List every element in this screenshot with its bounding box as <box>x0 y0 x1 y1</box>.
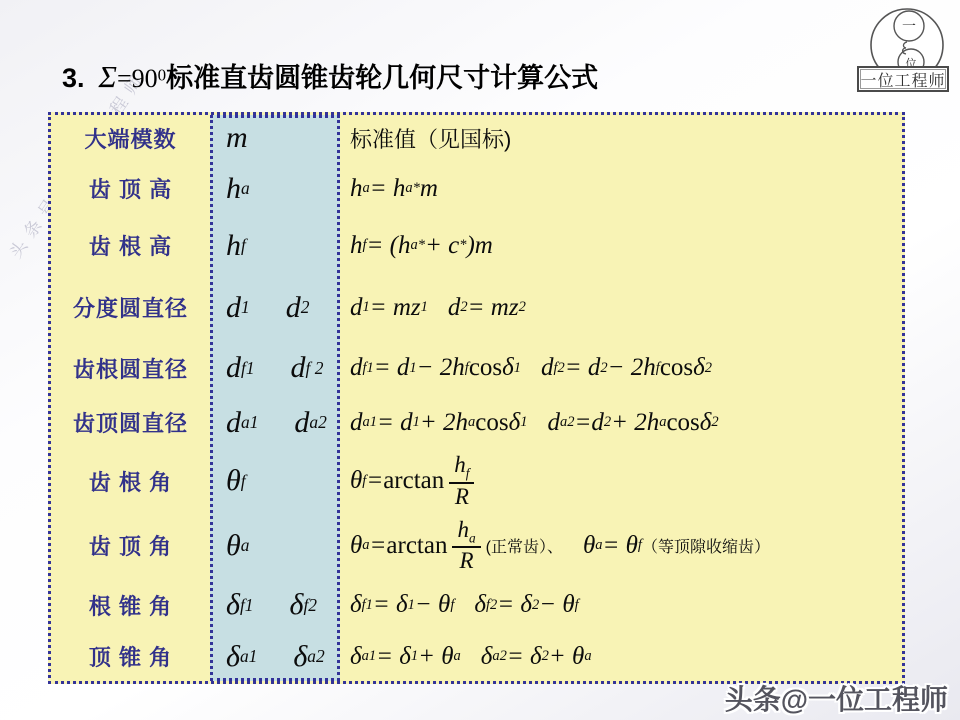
page-title: 3.Σ=900标准直齿圆锥齿轮几何尺寸计算公式 <box>62 56 598 95</box>
row-label: 齿 根 高 <box>51 216 210 275</box>
symbol: δa2 <box>293 640 324 674</box>
row-symbols: d1d2 <box>210 276 340 340</box>
row-formulas: ha = ha*m <box>340 162 902 217</box>
row-symbols: θf <box>210 449 340 513</box>
row-formulas: δa1 = δ1 + θaδa2 = δ2 + θa <box>340 632 902 681</box>
engineer-logo: 一 位 一位工程师 <box>854 4 956 100</box>
symbol: d2 <box>286 291 310 325</box>
row-symbols: δf1δf2 <box>210 578 340 633</box>
row-label: 顶 锥 角 <box>51 632 210 681</box>
formula: δf2 = δ2 − θf <box>474 591 578 619</box>
logo-name-box: 一位工程师 <box>857 66 949 92</box>
formula: df1 = d1 − 2hf cos δ1 <box>350 354 521 382</box>
row-label: 齿根圆直径 <box>51 340 210 397</box>
row-symbols: δa1δa2 <box>210 632 340 681</box>
formula: d1 = mz1 <box>350 294 428 322</box>
title-number: 3. <box>62 63 85 93</box>
row-label: 齿 根 角 <box>51 449 210 513</box>
row-symbols: ha <box>210 162 340 217</box>
symbol: θa <box>226 529 249 563</box>
formula: δf1 = δ1 − θf <box>350 591 454 619</box>
row-formulas: d1 = mz1d2 = mz2 <box>340 276 902 340</box>
row-formulas: 标准值（见国标) <box>340 115 902 162</box>
formula: δa2 = δ2 + θa <box>481 643 592 671</box>
formula: d2 = mz2 <box>448 294 526 322</box>
symbol: ha <box>226 172 250 206</box>
symbol: hf <box>226 229 246 263</box>
formula: θa = θf（等顶隙收缩齿） <box>583 532 770 560</box>
symbol: θf <box>226 464 246 498</box>
row-formulas: da1= d1 + 2ha cos δ1da2 =d2 + 2ha cos δ2 <box>340 397 902 450</box>
formula: da1= d1 + 2ha cos δ1 <box>350 409 527 437</box>
row-symbols: hf <box>210 216 340 275</box>
gear-table-grid: 大端模数m标准值（见国标)齿 顶 高haha = ha*m齿 根 高hfhf =… <box>51 115 902 681</box>
formula: hf = (ha* + c* )m <box>350 232 493 260</box>
gear-formula-table: 大端模数m标准值（见国标)齿 顶 高haha = ha*m齿 根 高hfhf =… <box>48 112 905 684</box>
row-formulas: df1 = d1 − 2hf cos δ1df2 = d2 − 2hf cos … <box>340 340 902 397</box>
row-symbols: θa <box>210 513 340 577</box>
row-formulas: δf1 = δ1 − θfδf2 = δ2 − θf <box>340 578 902 633</box>
fraction: haR <box>452 518 480 574</box>
row-label: 齿 顶 角 <box>51 513 210 577</box>
row-label: 齿 顶 高 <box>51 162 210 217</box>
formula: θf = arctan hfR <box>350 453 479 509</box>
row-formulas: θf = arctan hfR <box>340 449 902 513</box>
row-formulas: θa = arctan haR (正常齿）、θa = θf（等顶隙收缩齿） <box>340 513 902 577</box>
formula: df2 = d2 − 2hf cos δ2 <box>541 354 712 382</box>
row-label: 齿顶圆直径 <box>51 397 210 450</box>
symbol: m <box>226 121 248 155</box>
symbol: δf2 <box>289 588 316 622</box>
footer-credit: 头条@一位工程师 <box>725 678 948 718</box>
symbol: da1 <box>226 406 258 440</box>
formula: δa1 = δ1 + θa <box>350 643 461 671</box>
symbol: da2 <box>294 406 326 440</box>
fraction: hfR <box>449 453 474 509</box>
title-equals: =90 <box>117 64 158 93</box>
symbol: d1 <box>226 291 250 325</box>
logo-top-char: 一 <box>902 18 916 34</box>
row-symbols: m <box>210 115 340 162</box>
formula: ha = ha*m <box>350 175 438 203</box>
formula: 标准值（见国标) <box>350 123 511 154</box>
symbol: df 2 <box>291 351 324 385</box>
formula: da2 =d2 + 2ha cos δ2 <box>547 409 718 437</box>
row-symbols: df1df 2 <box>210 340 340 397</box>
title-text: 标准直齿圆锥齿轮几何尺寸计算公式 <box>166 63 598 93</box>
row-label: 大端模数 <box>51 115 210 162</box>
symbol: df1 <box>226 351 255 385</box>
row-symbols: da1da2 <box>210 397 340 450</box>
formula: θa = arctan haR (正常齿）、 <box>350 518 563 574</box>
title-sigma: Σ <box>99 59 117 94</box>
row-label: 分度圆直径 <box>51 276 210 340</box>
row-formulas: hf = (ha* + c* )m <box>340 216 902 275</box>
title-superscript: 0 <box>158 66 167 85</box>
symbol: δa1 <box>226 640 257 674</box>
row-label: 根 锥 角 <box>51 578 210 633</box>
symbol: δf1 <box>226 588 253 622</box>
